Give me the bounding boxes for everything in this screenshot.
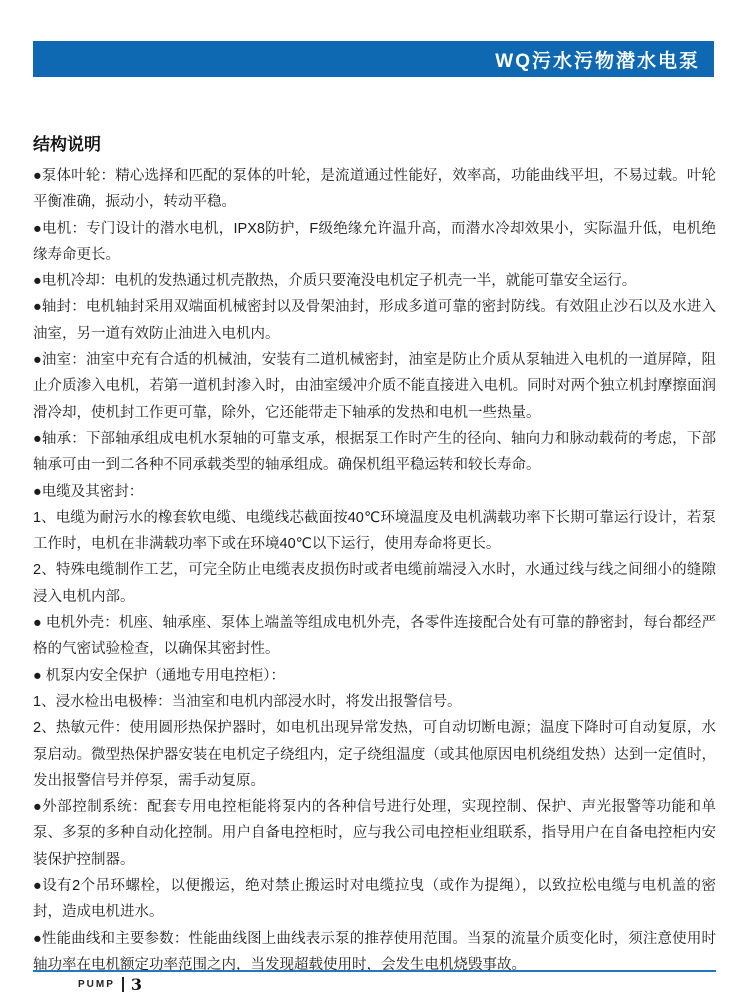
paragraph-motor-housing: ● 电机外壳：机座、轴承座、泵体上端盖等组成电机外壳，各零件连接配合处有可靠的静… <box>33 610 716 663</box>
paragraph-pump-impeller: ●泵体叶轮：精心选择和匹配的泵体的叶轮，是流道通过性能好，效率高，功能曲线平坦，… <box>33 163 716 216</box>
paragraph-oil-chamber: ●油室：油室中充有合适的机械油，安装有二道机械密封，油室是防止介质从泵轴进入电机… <box>33 347 716 426</box>
paragraph-external-control: ●外部控制系统：配套专用电控柜能将泵内的各种信号进行处理，实现控制、保护、声光报… <box>33 794 716 873</box>
paragraph-cable-item-1: 1、电缆为耐污水的橡套软电缆、电缆线芯截面按40℃环境温度及电机满载功率下长期可… <box>33 505 716 558</box>
paragraph-cable-item-2: 2、特殊电缆制作工艺，可完全防止电缆表皮损伤时或者电缆前端浸入水时，水通过线与线… <box>33 557 716 610</box>
footer: PUMP 3 <box>78 975 142 994</box>
paragraph-lifting-bolts: ●设有2个吊环螺栓，以便搬运，绝对禁止搬运时对电缆拉曳（或作为提绳），以致拉松电… <box>33 873 716 926</box>
content-area: 结构说明 ●泵体叶轮：精心选择和匹配的泵体的叶轮，是流道通过性能好，效率高，功能… <box>33 130 716 978</box>
paragraph-motor: ●电机：专门设计的潜水电机，IPX8防护，F级绝缘允许温升高，而潜水冷却效果小，… <box>33 216 716 269</box>
paragraph-motor-cooling: ●电机冷却：电机的发热通过机壳散热，介质只要淹没电机定子机壳一半，就能可靠安全运… <box>33 268 716 294</box>
paragraph-shaft-seal: ●轴封：电机轴封采用双端面机械密封以及骨架油封，形成多道可靠的密封防线。有效阻止… <box>33 294 716 347</box>
paragraph-bearing: ●轴承：下部轴承组成电机水泵轴的可靠支承，根据泵工作时产生的径向、轴向力和脉动载… <box>33 426 716 479</box>
footer-separator <box>122 977 124 992</box>
header-bar: WQ污水污物潜水电泵 <box>33 41 714 77</box>
paragraph-cable-seal-heading: ●电缆及其密封： <box>33 479 716 505</box>
paragraph-safety-protection-heading: ● 机泵内安全保护（通地专用电控柜）： <box>33 663 716 689</box>
catalog-page: WQ污水污物潜水电泵 结构说明 ●泵体叶轮：精心选择和匹配的泵体的叶轮，是流道通… <box>0 0 750 1006</box>
footer-brand: PUMP <box>78 979 115 990</box>
footer-page-number: 3 <box>131 975 142 994</box>
header-title: WQ污水污物潜水电泵 <box>495 46 700 73</box>
paragraph-water-probe: 1、浸水检出电极棒：当油室和电机内部浸水时，将发出报警信号。 <box>33 689 716 715</box>
footer-divider <box>33 970 716 972</box>
paragraph-thermal-element: 2、热敏元件：使用圆形热保护器时，如电机出现异常发热，可自动切断电源；温度下降时… <box>33 715 716 794</box>
section-title: 结构说明 <box>33 130 716 155</box>
